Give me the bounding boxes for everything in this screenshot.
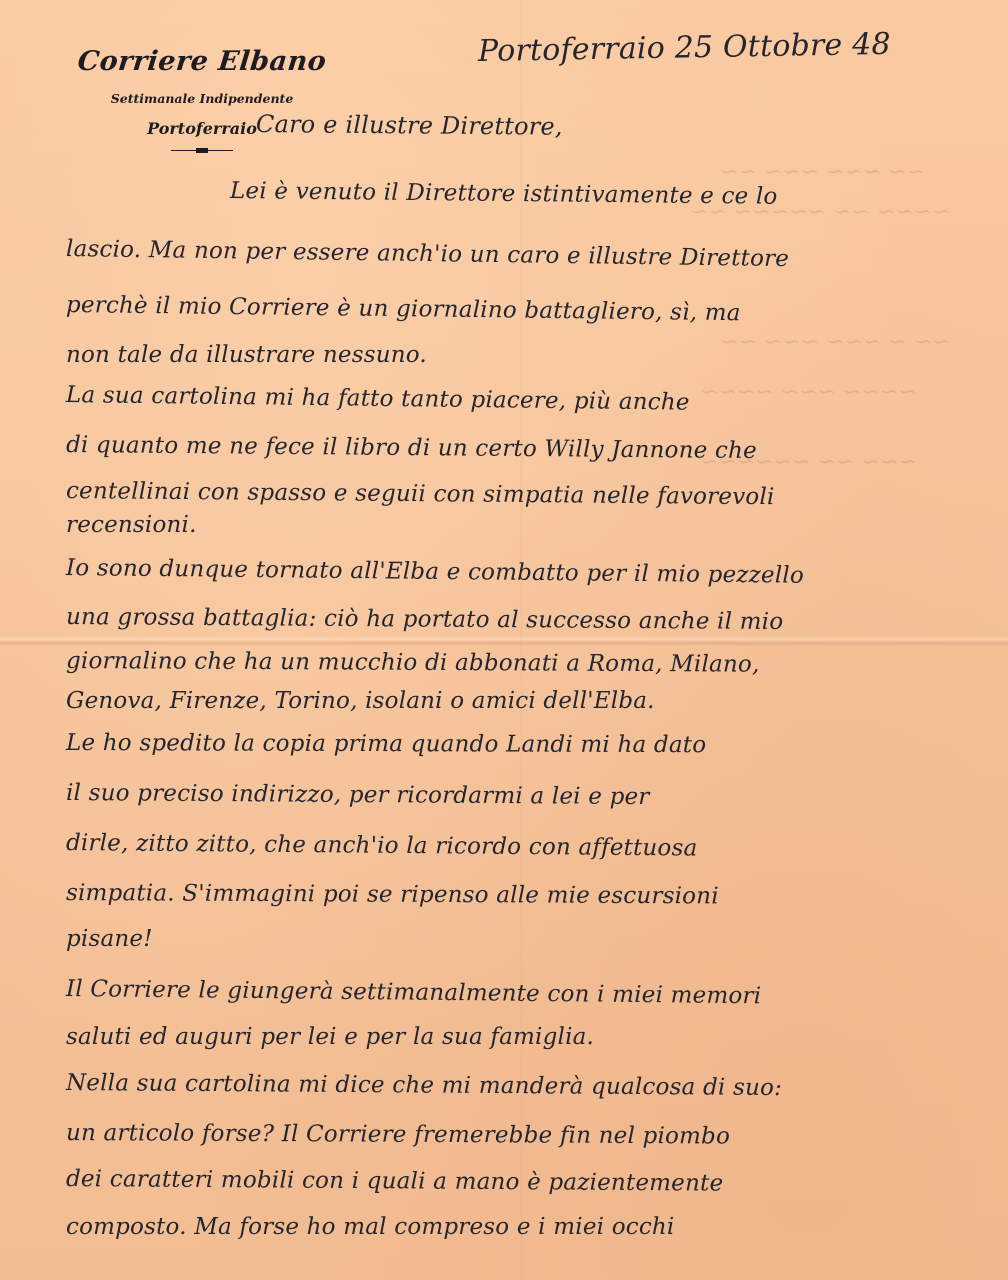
paper-fold-crease [0,636,1008,646]
letter-line: Le ho spedito la copia prima quando Land… [66,730,991,759]
letter-line: Genova, Firenze, Torino, isolani o amici… [66,688,991,714]
ornament-block [196,148,208,153]
letter-salutation: Caro e illustre Direttore, [256,110,563,141]
letter-line: composto. Ma forse ho mal compreso e i m… [66,1214,991,1240]
letterhead-ornament [171,148,233,154]
letter-line: non tale da illustrare nessuno. [66,342,991,368]
letter-line: recensioni. [66,512,991,538]
letterhead-title: Corriere Elbano [61,48,344,75]
letter-line: un articolo forse? Il Corriere fremerebb… [66,1120,991,1151]
letter-line: saluti ed auguri per lei e per la sua fa… [66,1024,991,1050]
letter-dateline: Portoferraio 25 Ottobre 48 [478,27,891,69]
letter-line: giornalino che ha un mucchio di abbonati… [66,648,991,679]
bleed-through-text: ~~ ~~~ ~~~ ~~ [720,160,925,185]
letter-line: pisane! [66,926,991,952]
letterhead-subtitle: Settimanale Indipendente [62,91,342,106]
letter-line: simpatia. S'immagini poi se ripenso alle… [66,880,991,911]
